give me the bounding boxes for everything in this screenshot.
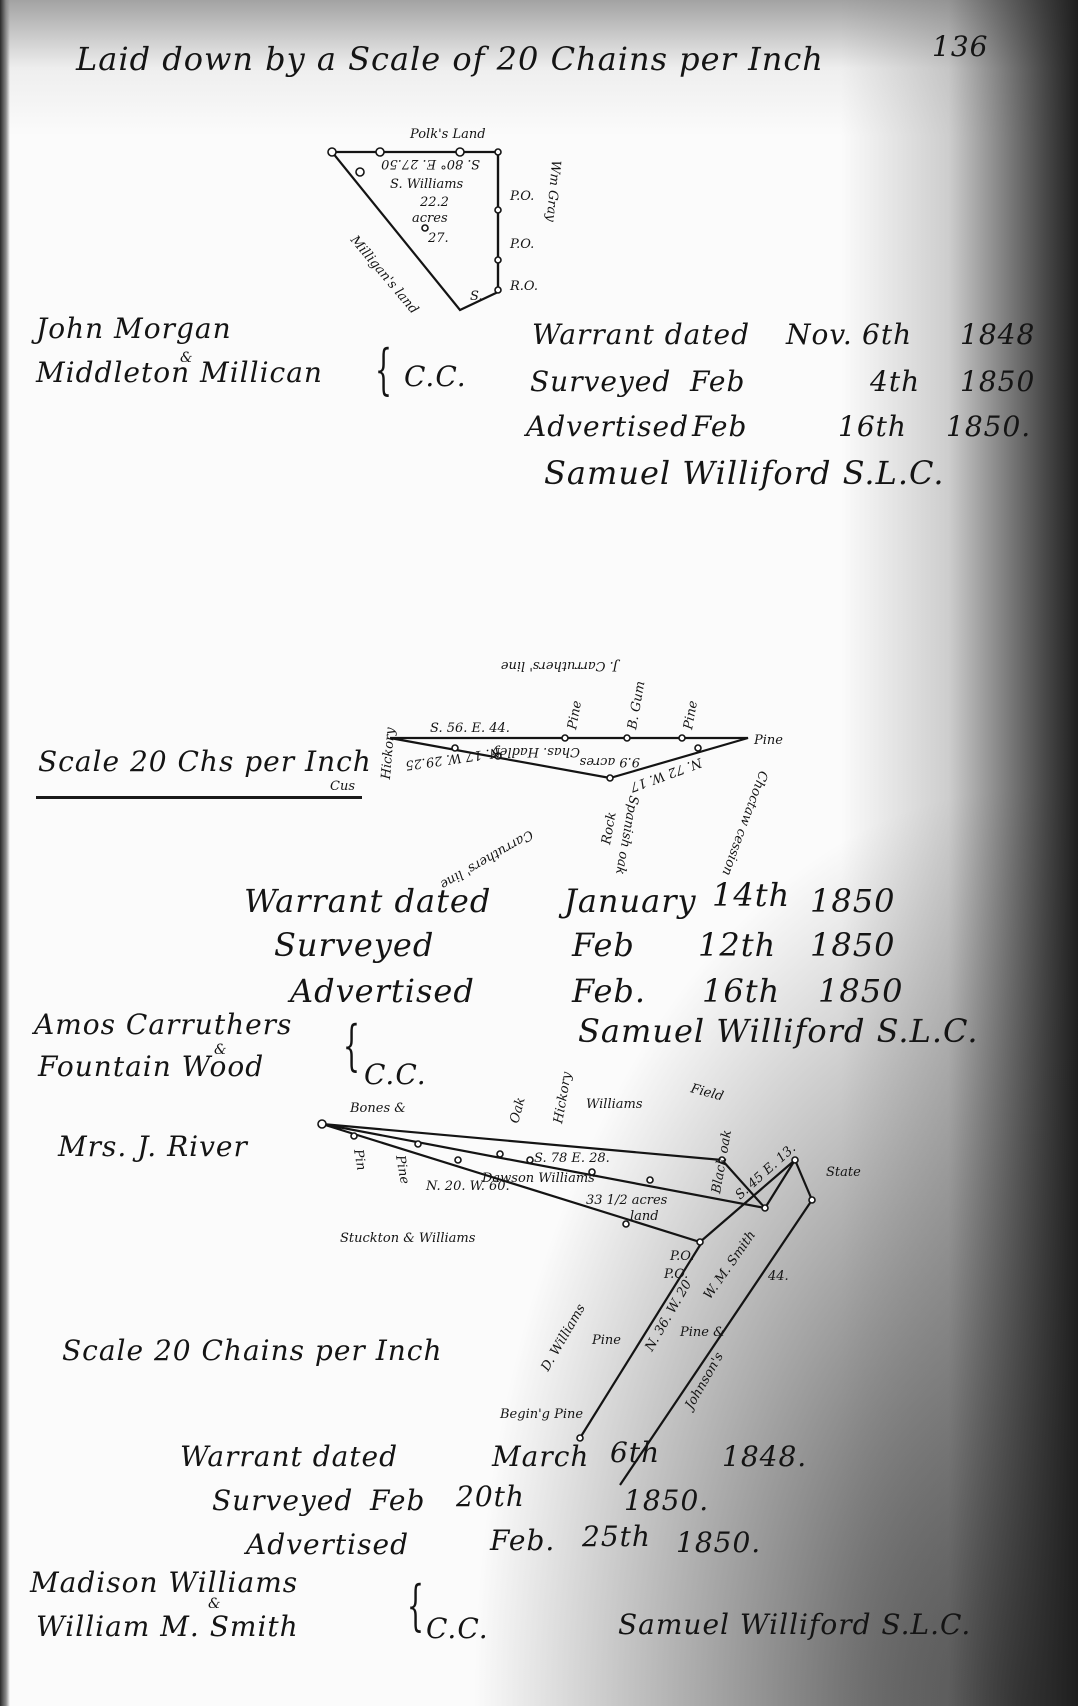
plat-3-acres: 33 1/2 acres bbox=[586, 1193, 668, 1208]
entry2-surveyor-signature: Samuel Williford S.L.C. bbox=[578, 1012, 979, 1050]
plat-3-lower-owner: Stuckton & Williams bbox=[340, 1231, 476, 1246]
page-binding-edge bbox=[0, 0, 10, 1706]
survey-plat-3: Bones & Oak Hickory Williams Field S. 78… bbox=[300, 1100, 900, 1480]
plat-3-pine-mark-2: Pine & bbox=[679, 1325, 725, 1340]
entry2-scale-underline bbox=[36, 796, 362, 799]
entry2-warrant-label: Warrant dated bbox=[244, 882, 491, 920]
plat-3-diag-line: N. 36. W. 20 bbox=[642, 1278, 695, 1355]
plat-3-right-segment: S. 45 E. 13. bbox=[733, 1141, 799, 1203]
entry2-warrant-day: 14th bbox=[712, 876, 790, 914]
entry3-class: C.C. bbox=[426, 1612, 489, 1645]
entry3-surveyed-label: Surveyed bbox=[212, 1484, 353, 1517]
entry1-surveyed-label: Surveyed bbox=[530, 365, 671, 398]
plat-3-mark-po-1: P.O. bbox=[669, 1249, 694, 1264]
plat-3-left-mark-pine: Pine bbox=[392, 1153, 412, 1185]
entry2-surveyed-day: 12th bbox=[698, 926, 776, 964]
entry1-warrant-month: Nov. bbox=[786, 318, 853, 351]
entry3-surveyed-month: Feb bbox=[370, 1484, 425, 1517]
entry3-warrant-day: 6th bbox=[610, 1436, 660, 1469]
entry3-advertised-year: 1850. bbox=[676, 1526, 761, 1559]
entry2-class: C.C. bbox=[364, 1058, 427, 1091]
plat-3-acres-unit: land bbox=[630, 1209, 659, 1224]
plat-2-top-line: S. 56. E. 44. bbox=[430, 721, 510, 736]
entry1-advertised-day: 16th bbox=[838, 410, 907, 443]
entry2-scale-note: Scale 20 Chs per Inch bbox=[38, 745, 372, 778]
survey-plat-2: Hickory J. Carruthers' line S. 56. E. 44… bbox=[330, 630, 780, 850]
plat-1-mark-3: R.O. bbox=[509, 279, 538, 294]
entry3-brace: { bbox=[407, 1574, 425, 1637]
entry2-advertised-month: Feb. bbox=[572, 972, 646, 1010]
entry1-surveyed-month: Feb bbox=[690, 365, 745, 398]
entry3-scale-note: Scale 20 Chains per Inch bbox=[62, 1334, 443, 1367]
entry1-grantee-2: Middleton Millican bbox=[36, 356, 323, 389]
plat-2-right-corner: Pine bbox=[753, 733, 783, 748]
entry3-side-note: Mrs. J. River bbox=[58, 1130, 248, 1163]
plat-3-top-owner: Bones & bbox=[349, 1101, 406, 1116]
entry2-advertised-label: Advertised bbox=[290, 972, 475, 1010]
entry3-advertised-label: Advertised bbox=[246, 1528, 409, 1561]
entry2-advertised-day: 16th bbox=[702, 972, 780, 1010]
plat-3-bottom-corner: Begin'g Pine bbox=[499, 1407, 583, 1422]
plat-2-acres: 9.9 acres bbox=[579, 754, 640, 769]
page-number: 136 bbox=[932, 30, 988, 63]
entry1-warrant-day: 6th bbox=[862, 318, 912, 351]
entry1-advertised-month: Feb bbox=[692, 410, 747, 443]
entry2-warrant-year: 1850 bbox=[810, 882, 895, 920]
entry1-advertised-label: Advertised bbox=[526, 410, 689, 443]
entry3-surveyor-signature: Samuel Williford S.L.C. bbox=[618, 1608, 971, 1641]
plat-2-mark-rock: Rock bbox=[599, 811, 620, 847]
plat-1-acres: 22.2 bbox=[419, 195, 449, 210]
plat-3-left-mark-pin: Pin bbox=[350, 1147, 369, 1172]
plat-3-diag-left-owner: D. Williams bbox=[538, 1301, 589, 1374]
plat-2-mark-pine-2: Pine bbox=[681, 699, 701, 731]
entry1-grantee-1: John Morgan bbox=[36, 312, 232, 345]
plat-1-mark-1: P.O. bbox=[509, 189, 534, 204]
entry1-warrant-label: Warrant dated bbox=[532, 318, 750, 351]
entry2-brace: { bbox=[343, 1014, 361, 1077]
plat-3-mark-black-oak: Black oak bbox=[709, 1129, 735, 1196]
entry1-surveyed-day: 4th bbox=[870, 365, 920, 398]
plat-2-mark-pine-1: Pine bbox=[565, 699, 585, 731]
plat-1-bottom-mark: S. bbox=[470, 289, 483, 304]
plat-3-top-line: S. 78 E. 28. bbox=[534, 1151, 610, 1166]
entry3-advertised-month: Feb. bbox=[490, 1524, 555, 1557]
entry2-advertised-year: 1850 bbox=[818, 972, 903, 1010]
entry3-warrant-label: Warrant dated bbox=[180, 1440, 398, 1473]
plat-1-left-owner: Milligan's land bbox=[346, 232, 421, 317]
entry2-surveyed-label: Surveyed bbox=[274, 926, 434, 964]
plat-2-far-left: Cus bbox=[330, 779, 355, 794]
plat-1-top-line: S. 80° E. 27.50 bbox=[381, 156, 480, 171]
plat-3-mark-oak: Oak bbox=[507, 1096, 528, 1125]
plat-3-right-owner: State bbox=[826, 1165, 861, 1180]
plat-1-acres-unit: acres bbox=[412, 211, 448, 226]
entry1-surveyed-year: 1850 bbox=[960, 365, 1035, 398]
plat-2-mark-bgum: B. Gum bbox=[625, 680, 648, 732]
entry3-warrant-month: March bbox=[492, 1440, 589, 1473]
entry1-warrant-year: 1848 bbox=[960, 318, 1035, 351]
entry3-advertised-day: 25th bbox=[582, 1520, 651, 1553]
plat-3-lower-line: N. 20. W. 60. bbox=[425, 1179, 510, 1194]
plat-1-inner-owner: S. Williams bbox=[390, 177, 464, 192]
entry1-class: C.C. bbox=[404, 360, 467, 393]
plat-1-diagonal: 27. bbox=[427, 231, 449, 246]
plat-2-inner-owner: Chas. Hadley bbox=[492, 744, 580, 759]
plat-3-pine-mark-1: Pine bbox=[591, 1333, 621, 1348]
survey-plat-1: Polk's Land S. 80° E. 27.50 S. Williams … bbox=[320, 110, 560, 330]
entry2-surveyed-year: 1850 bbox=[810, 926, 895, 964]
entry3-surveyed-year: 1850. bbox=[624, 1484, 709, 1517]
plat-1-right-owner: Wm Gray bbox=[543, 160, 563, 223]
entry1-surveyor-signature: Samuel Williford S.L.C. bbox=[544, 454, 945, 492]
plat-1-mark-2: P.O. bbox=[509, 237, 534, 252]
plat-3-right-line-far: 44. bbox=[767, 1269, 789, 1284]
plat-1-top-owner: Polk's Land bbox=[409, 127, 486, 142]
plat-2-top-owner: J. Carruthers' line bbox=[500, 658, 621, 673]
plat-3-top-owner-right: Williams bbox=[586, 1097, 643, 1112]
entry3-surveyed-day: 20th bbox=[456, 1480, 525, 1513]
entry1-advertised-year: 1850. bbox=[946, 410, 1031, 443]
plat-1-boundary bbox=[332, 152, 498, 310]
entry2-grantee-1: Amos Carruthers bbox=[34, 1008, 292, 1041]
entry2-grantee-2: Fountain Wood bbox=[38, 1050, 264, 1083]
plat-2-left-corner: Hickory bbox=[379, 726, 399, 781]
entry3-warrant-year: 1848. bbox=[722, 1440, 807, 1473]
entry3-grantee-2: William M. Smith bbox=[36, 1610, 299, 1643]
entry2-warrant-month: January bbox=[564, 882, 697, 920]
page-heading: Laid down by a Scale of 20 Chains per In… bbox=[76, 40, 824, 78]
entry3-grantee-1: Madison Williams bbox=[30, 1566, 298, 1599]
entry1-brace: { bbox=[375, 338, 393, 401]
entry2-surveyed-month: Feb bbox=[572, 926, 635, 964]
